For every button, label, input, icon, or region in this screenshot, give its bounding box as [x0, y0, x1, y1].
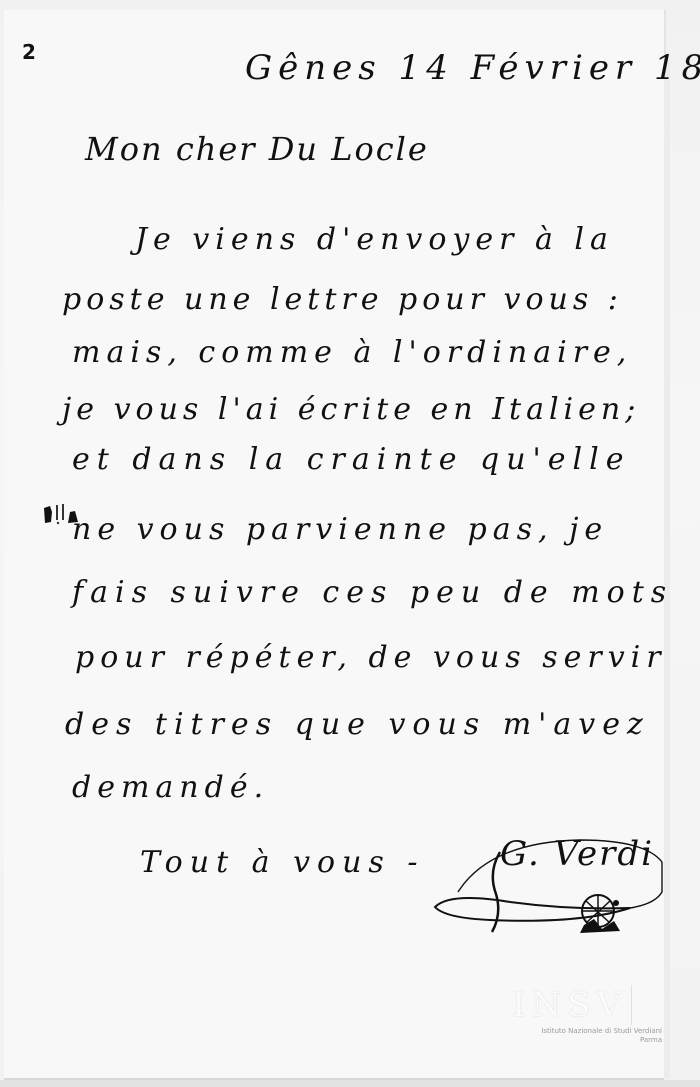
body-line: je vous l'ai écrite en Italien; [62, 392, 640, 427]
body-line: et dans la crainte qu'elle [72, 442, 630, 477]
closing: Tout à vous - [140, 845, 424, 880]
salutation: Mon cher Du Locle [85, 130, 429, 168]
watermark-caption-line1: Istituto Nazionale di Studi Verdiani [512, 1027, 662, 1036]
institution-watermark: INSV Istituto Nazionale di Studi Verdian… [512, 985, 662, 1045]
place-date: Gênes 14 Février 1871 [245, 48, 700, 88]
watermark-caption-line2: Parma [512, 1036, 662, 1045]
page-number: 2 [22, 40, 36, 64]
body-line: Je viens d'envoyer à la [135, 222, 614, 257]
body-line: fais suivre ces peu de mots [72, 575, 673, 610]
body-line: mais, comme à l'ordinaire, [72, 335, 632, 370]
watermark-logo: INSV [512, 985, 632, 1025]
signature-text: G. Verdi [500, 834, 654, 874]
watermark-caption: Istituto Nazionale di Studi Verdiani Par… [512, 1027, 662, 1045]
body-line: des titres que vous m'avez [65, 707, 650, 742]
signature: G. Verdi [430, 832, 670, 942]
scan-bottom-edge [0, 1080, 700, 1087]
body-line: demandé. [72, 770, 269, 805]
body-line: poste une lettre pour vous : [62, 282, 623, 317]
stamp-seal-icon [570, 885, 630, 935]
body-line: pour répéter, de vous servir [75, 640, 667, 675]
body-line: ne vous parvienne pas, je [72, 512, 608, 547]
